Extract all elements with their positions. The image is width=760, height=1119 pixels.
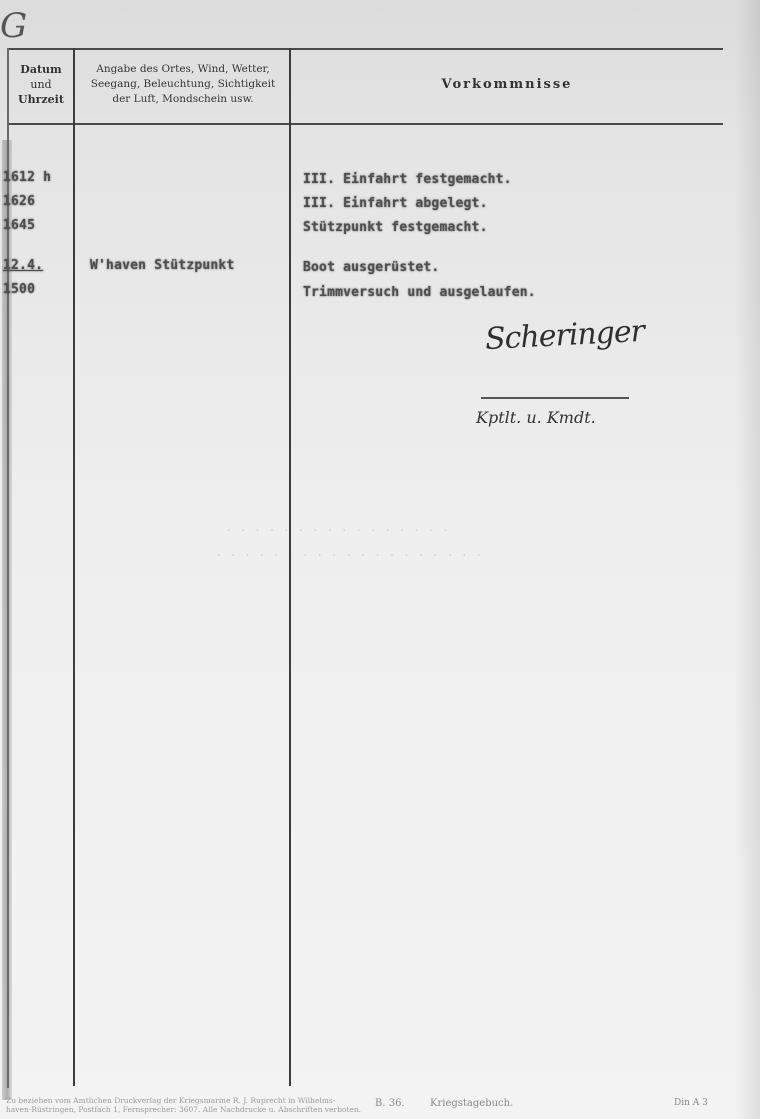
row-3-event: Stützpunkt festgemacht. (303, 220, 488, 235)
printer-note: Zu beziehen vom Amtlichen Druckverlag de… (6, 1096, 361, 1114)
commander-signature: Scheringer (484, 314, 645, 357)
column-divider-2 (289, 48, 291, 1086)
signature-line (481, 397, 629, 399)
row-5-time: 1500 (3, 282, 35, 297)
table-top-border (8, 48, 723, 50)
row-1-time: 1612 h (3, 170, 51, 185)
row-3-time: 1645 (3, 218, 35, 233)
show-through-text: . . . . . . . . . . . . . . . . . . . (215, 545, 482, 559)
form-number: B. 36. (375, 1099, 405, 1108)
header-bottom-border (8, 123, 723, 125)
form-title: Kriegstagebuch. (430, 1099, 513, 1108)
show-through-text: . . . . . . . . . . . . . . . . (225, 520, 449, 534)
header-place-line-3: der Luft, Mondschein usw. (77, 92, 289, 107)
header-events: Vorkommnisse (292, 77, 722, 92)
row-2-event: III. Einfahrt abgelegt. (303, 196, 488, 211)
header-date-line-2: und (10, 77, 72, 92)
paper-size: Din A 3 (674, 1099, 708, 1108)
header-place-weather: Angabe des Ortes, Wind, Wetter, Seegang,… (77, 62, 289, 107)
header-date-time: Datum und Uhrzeit (10, 62, 72, 107)
row-1-event: III. Einfahrt festgemacht. (303, 172, 512, 187)
commander-rank: Kptlt. u. Kmdt. (476, 408, 596, 427)
row-5-event: Trimmversuch und ausgelaufen. (303, 285, 536, 300)
column-divider-1 (73, 48, 75, 1086)
row-4-date: 12.4. (3, 258, 43, 273)
header-date-line-1: Datum (10, 62, 72, 77)
header-date-line-3: Uhrzeit (10, 92, 72, 107)
header-place-line-2: Seegang, Beleuchtung, Sichtigkeit (77, 77, 289, 92)
corner-mark: G (0, 2, 40, 50)
row-4-place: W'haven Stützpunkt (90, 258, 234, 273)
header-place-line-1: Angabe des Ortes, Wind, Wetter, (77, 62, 289, 77)
document-page: G Datum und Uhrzeit Angabe des Ortes, Wi… (0, 0, 760, 1119)
row-2-time: 1626 (3, 194, 35, 209)
printer-note-line-2: haven-Rüstringen, Postfach 1, Fernsprech… (6, 1105, 361, 1114)
printer-note-line-1: Zu beziehen vom Amtlichen Druckverlag de… (6, 1096, 361, 1105)
row-4-event: Boot ausgerüstet. (303, 260, 439, 275)
